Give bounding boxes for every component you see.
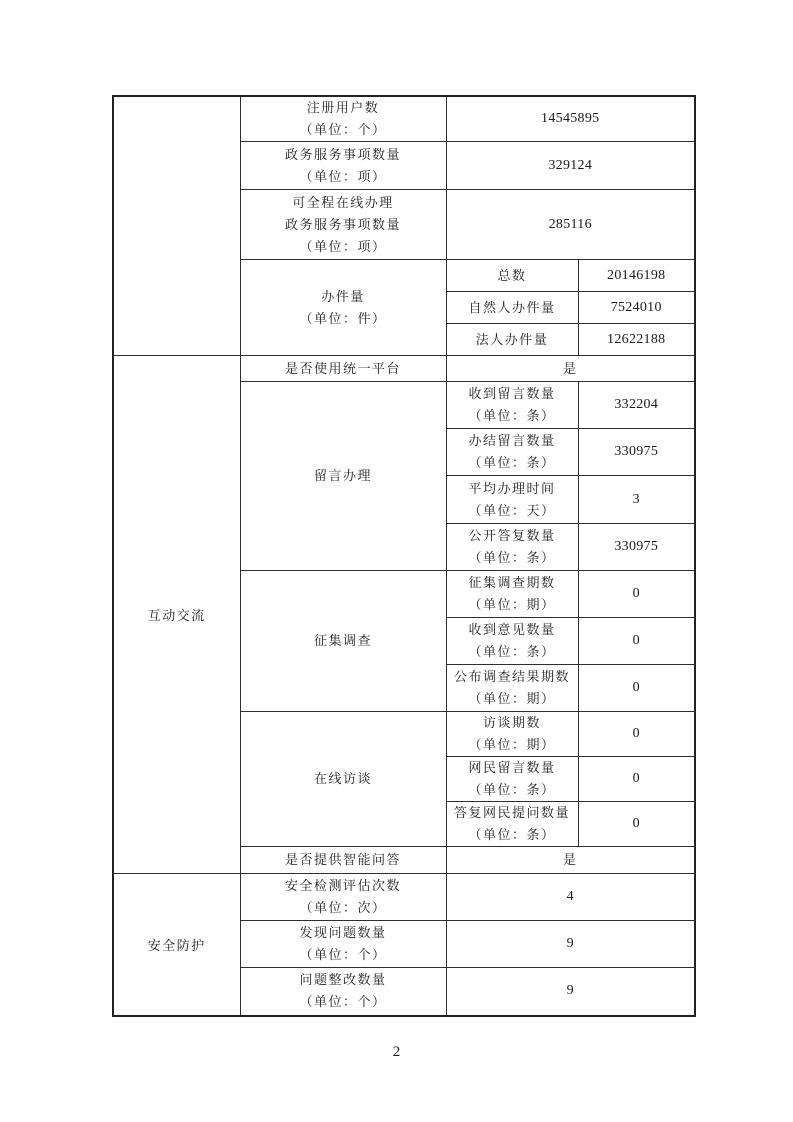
submetric-cell: 访谈期数 （单位：期）: [446, 712, 578, 757]
submetric-label: 访谈期数: [449, 712, 576, 734]
submetric-cell: 网民留言数量 （单位：条）: [446, 757, 578, 802]
metric-cell: 征集调查: [240, 571, 446, 712]
submetric-cell: 收到意见数量 （单位：条）: [446, 618, 578, 665]
value-cell: 285116: [446, 190, 695, 260]
value-cell: 4: [446, 874, 695, 921]
submetric-label: 网民留言数量: [449, 757, 576, 779]
metric-label: 发现问题数量: [243, 922, 444, 944]
metric-label: 注册用户数: [243, 97, 444, 119]
submetric-unit: （单位：条）: [449, 824, 576, 846]
value-cell: 332204: [578, 382, 695, 429]
metric-cell: 在线访谈: [240, 712, 446, 847]
value-cell: 3: [578, 476, 695, 524]
submetric-label: 公开答复数量: [449, 525, 576, 547]
value-cell: 0: [578, 618, 695, 665]
metric-label: 政务服务事项数量: [243, 214, 444, 236]
submetric-cell: 征集调查期数 （单位：期）: [446, 571, 578, 618]
value-cell: 12622188: [578, 324, 695, 356]
submetric-cell: 平均办理时间 （单位：天）: [446, 476, 578, 524]
metric-label: 政务服务事项数量: [243, 144, 444, 166]
submetric-cell: 总数: [446, 260, 578, 292]
submetric-unit: （单位：期）: [449, 688, 576, 710]
submetric-label: 办结留言数量: [449, 430, 576, 452]
value-cell: 0: [578, 665, 695, 712]
metric-unit: （单位：个）: [243, 991, 444, 1013]
value-cell: 330975: [578, 524, 695, 571]
submetric-unit: （单位：条）: [449, 641, 576, 663]
submetric-unit: （单位：条）: [449, 405, 576, 427]
submetric-label: 征集调查期数: [449, 572, 576, 594]
submetric-label: 公布调查结果期数: [449, 666, 576, 688]
submetric-unit: （单位：期）: [449, 594, 576, 616]
metric-unit: （单位：次）: [243, 897, 444, 919]
submetric-cell: 公开答复数量 （单位：条）: [446, 524, 578, 571]
metric-unit: （单位：项）: [243, 166, 444, 188]
submetric-unit: （单位：条）: [449, 452, 576, 474]
submetric-label: 收到留言数量: [449, 383, 576, 405]
submetric-cell: 法人办件量: [446, 324, 578, 356]
value-cell: 0: [578, 757, 695, 802]
submetric-unit: （单位：条）: [449, 779, 576, 801]
value-cell: 是: [446, 356, 695, 382]
metric-cell: 是否使用统一平台: [240, 356, 446, 382]
metric-unit: （单位：个）: [243, 119, 444, 141]
section-cell: 互动交流: [113, 356, 240, 874]
metric-cell: 可全程在线办理 政务服务事项数量 （单位：项）: [240, 190, 446, 260]
table-row: 安全防护 安全检测评估次数 （单位：次） 4: [113, 874, 695, 921]
metric-cell: 留言办理: [240, 382, 446, 571]
metric-cell: 安全检测评估次数 （单位：次）: [240, 874, 446, 921]
submetric-cell: 公布调查结果期数 （单位：期）: [446, 665, 578, 712]
value-cell: 0: [578, 571, 695, 618]
submetric-cell: 收到留言数量 （单位：条）: [446, 382, 578, 429]
table-row: 互动交流 是否使用统一平台 是: [113, 356, 695, 382]
submetric-cell: 自然人办件量: [446, 292, 578, 324]
value-cell: 330975: [578, 429, 695, 476]
metric-unit: （单位：件）: [243, 308, 444, 330]
metric-label: 可全程在线办理: [243, 192, 444, 214]
statistics-table: 注册用户数 （单位：个） 14545895 政务服务事项数量 （单位：项） 32…: [112, 95, 696, 1017]
metric-unit: （单位：项）: [243, 236, 444, 258]
value-cell: 0: [578, 802, 695, 847]
submetric-unit: （单位：条）: [449, 547, 576, 569]
submetric-label: 答复网民提问数量: [449, 802, 576, 824]
submetric-label: 收到意见数量: [449, 619, 576, 641]
value-cell: 20146198: [578, 260, 695, 292]
metric-unit: （单位：个）: [243, 944, 444, 966]
section-cell: 安全防护: [113, 874, 240, 1016]
submetric-cell: 办结留言数量 （单位：条）: [446, 429, 578, 476]
value-cell: 9: [446, 968, 695, 1016]
value-cell: 14545895: [446, 96, 695, 142]
metric-cell: 政务服务事项数量 （单位：项）: [240, 142, 446, 190]
metric-label: 办件量: [243, 286, 444, 308]
metric-cell: 问题整改数量 （单位：个）: [240, 968, 446, 1016]
submetric-unit: （单位：期）: [449, 734, 576, 756]
value-cell: 9: [446, 921, 695, 968]
submetric-unit: （单位：天）: [449, 500, 576, 522]
value-cell: 是: [446, 847, 695, 874]
metric-cell: 办件量 （单位：件）: [240, 260, 446, 356]
submetric-cell: 答复网民提问数量 （单位：条）: [446, 802, 578, 847]
metric-label: 问题整改数量: [243, 969, 444, 991]
page-number: 2: [0, 1044, 793, 1061]
table-row: 注册用户数 （单位：个） 14545895: [113, 96, 695, 142]
metric-cell: 注册用户数 （单位：个）: [240, 96, 446, 142]
value-cell: 7524010: [578, 292, 695, 324]
value-cell: 0: [578, 712, 695, 757]
section-cell-empty: [113, 96, 240, 356]
value-cell: 329124: [446, 142, 695, 190]
metric-cell: 发现问题数量 （单位：个）: [240, 921, 446, 968]
metric-cell: 是否提供智能问答: [240, 847, 446, 874]
metric-label: 安全检测评估次数: [243, 875, 444, 897]
submetric-label: 平均办理时间: [449, 478, 576, 500]
